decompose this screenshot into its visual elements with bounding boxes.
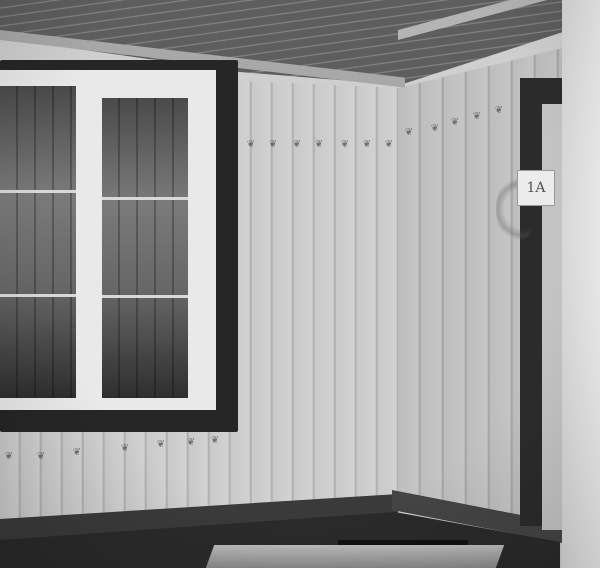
stencil-ornament: ❦ — [430, 124, 440, 133]
window-muntin — [102, 295, 188, 298]
window-muntin — [0, 294, 76, 297]
stencil-ornament: ❦ — [340, 140, 350, 149]
room-sign: 1A — [517, 170, 555, 206]
window-muntin — [102, 197, 188, 200]
stencil-ornament: ❦ — [210, 436, 220, 445]
stencil-ornament: ❦ — [384, 140, 394, 149]
photo-scene: ❦❦❦❦❦❦❦❦❦❦❦❦❦❦❦❦❦❦❦ 1A — [0, 0, 600, 568]
stencil-ornament: ❦ — [120, 444, 130, 453]
stencil-ornament: ❦ — [494, 106, 504, 115]
stencil-ornament: ❦ — [246, 140, 256, 149]
window-muntin — [0, 190, 76, 193]
stencil-ornament: ❦ — [36, 452, 46, 461]
window — [0, 70, 216, 410]
stencil-ornament: ❦ — [186, 438, 196, 447]
loose-floor-board — [206, 545, 504, 568]
stencil-ornament: ❦ — [4, 452, 14, 461]
stencil-ornament: ❦ — [404, 128, 414, 137]
stencil-ornament: ❦ — [472, 112, 482, 121]
room-sign-text: 1A — [526, 180, 545, 196]
stencil-ornament: ❦ — [314, 140, 324, 149]
foreground-wall-edge — [562, 0, 600, 568]
stencil-ornament: ❦ — [450, 118, 460, 127]
stencil-ornament: ❦ — [362, 140, 372, 149]
door-opening — [542, 104, 562, 530]
window-pane-left — [0, 86, 76, 398]
stencil-ornament: ❦ — [72, 448, 82, 457]
stencil-ornament: ❦ — [156, 440, 166, 449]
window-pane-right — [102, 98, 188, 398]
stencil-ornament: ❦ — [292, 140, 302, 149]
stencil-ornament: ❦ — [268, 140, 278, 149]
